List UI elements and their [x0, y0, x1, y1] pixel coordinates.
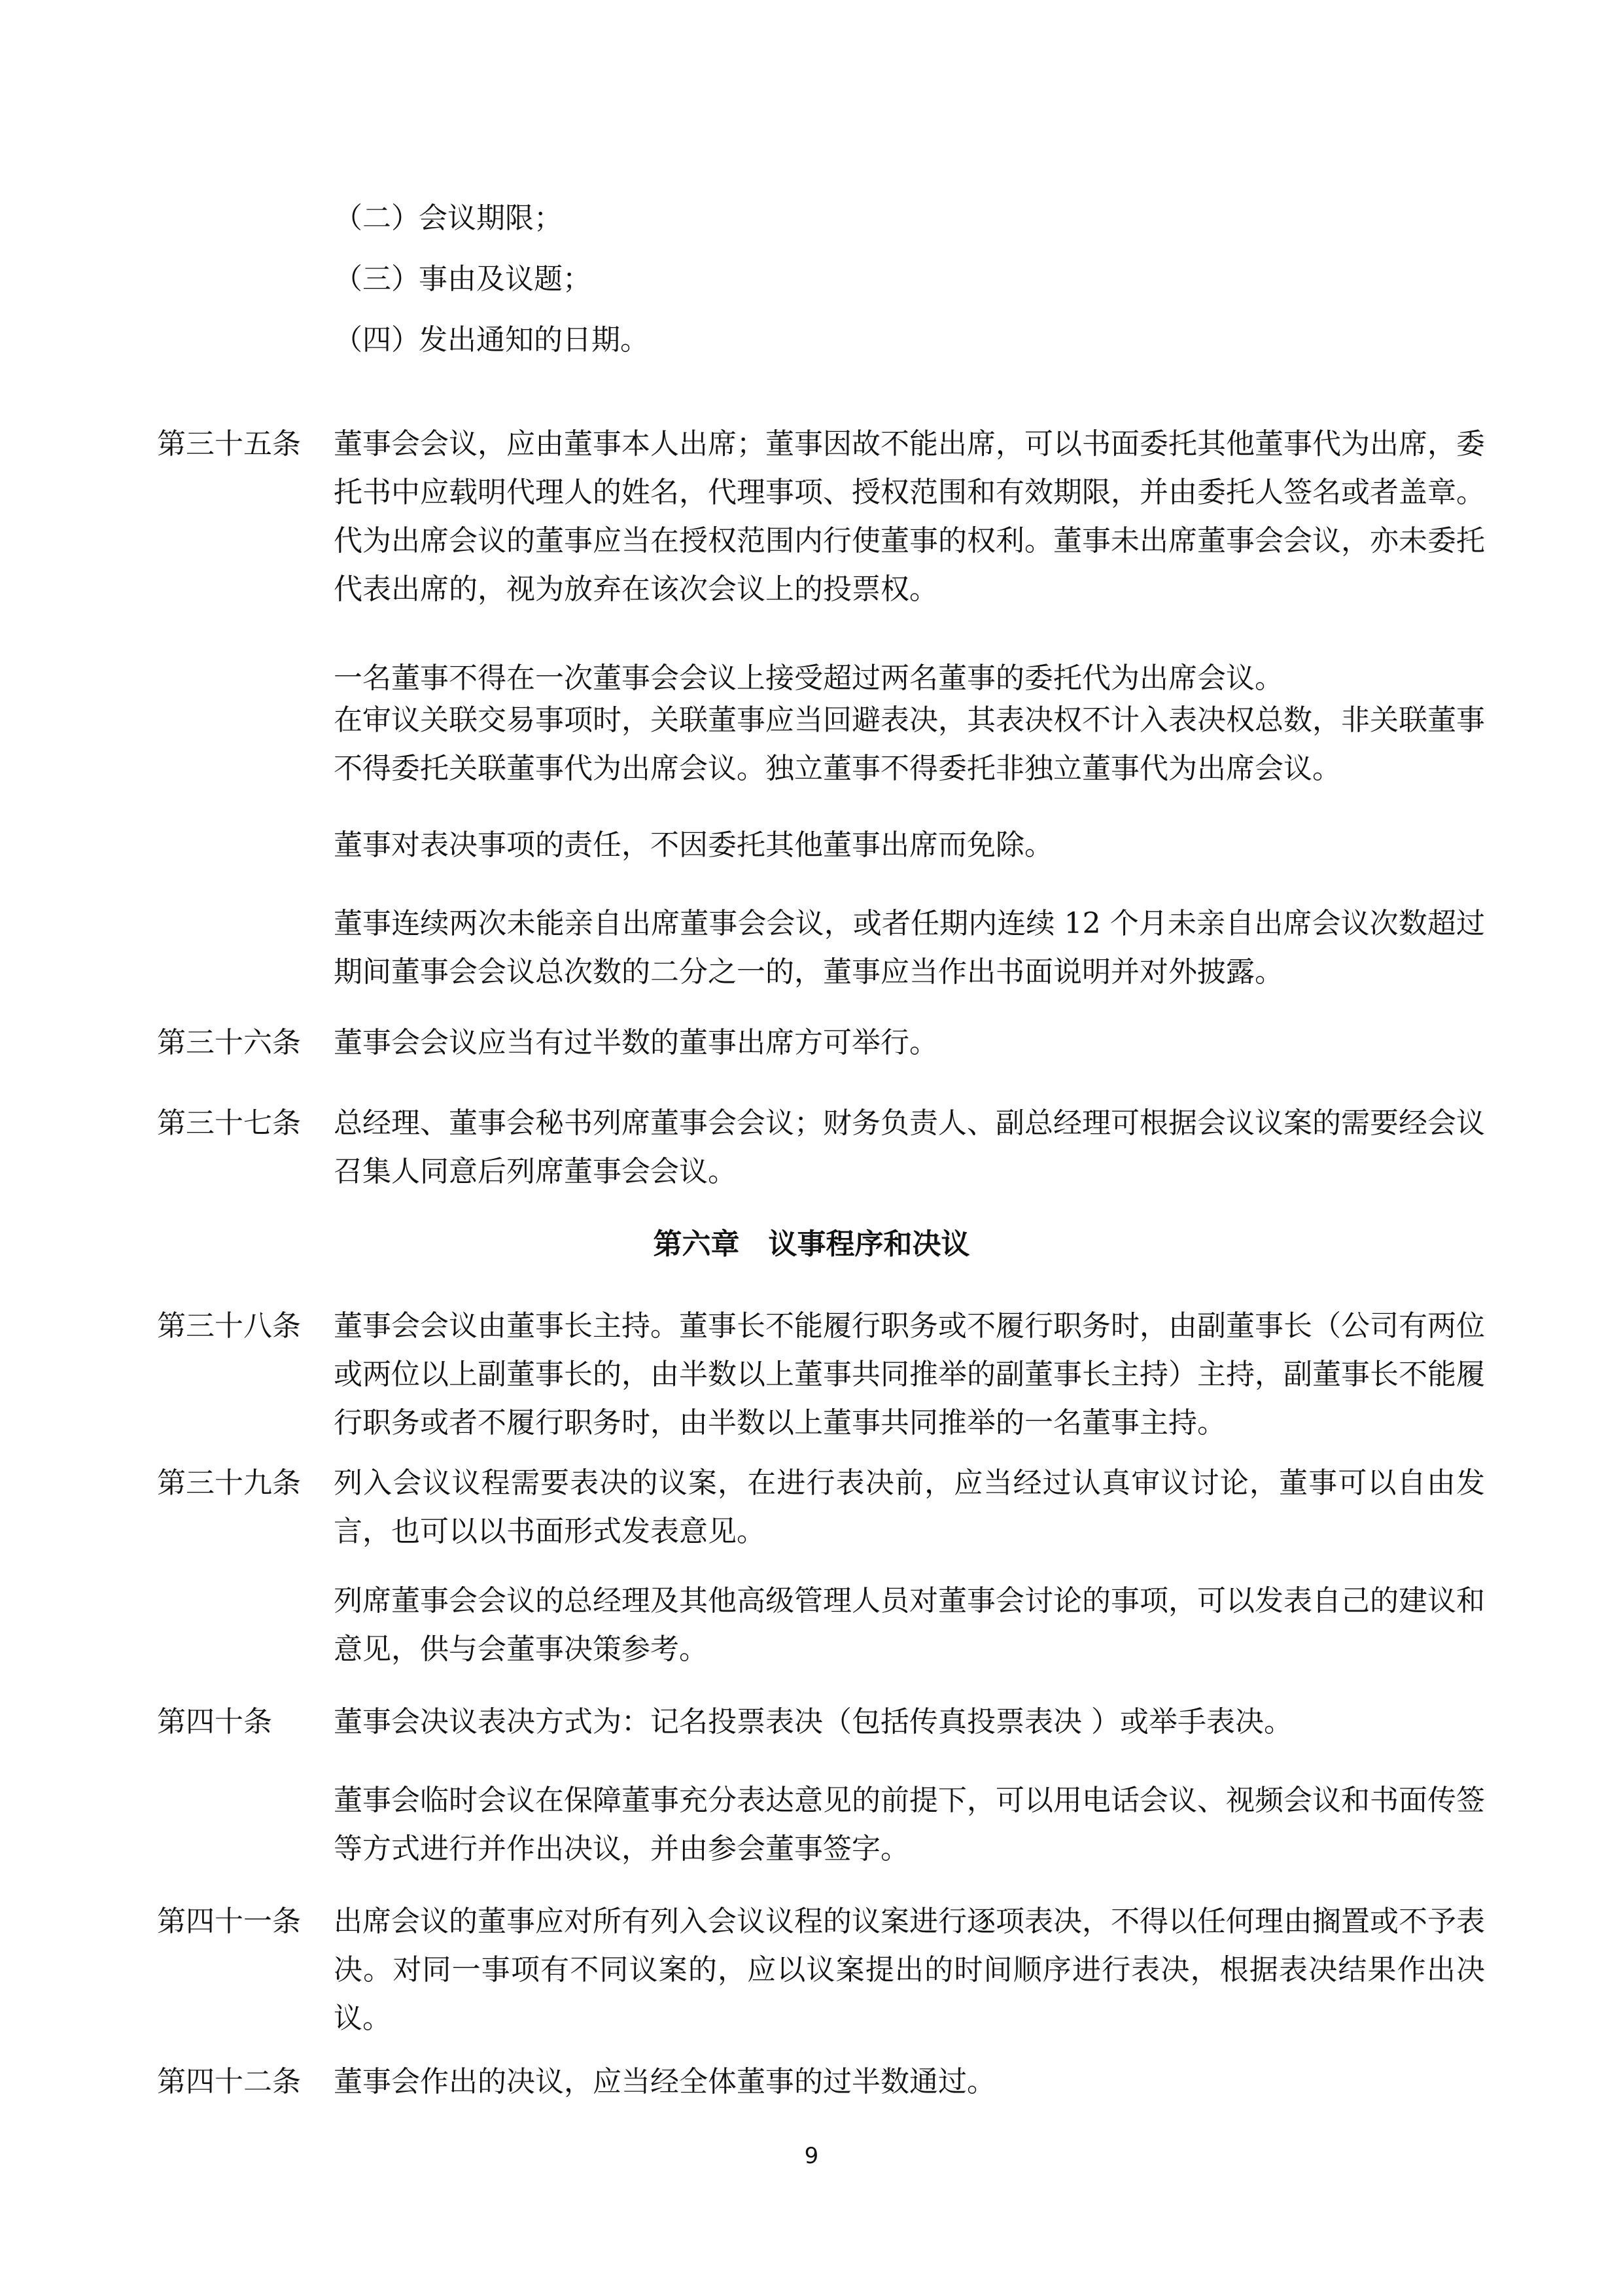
- article-label: 第四十一条: [157, 1899, 301, 1944]
- article-label: 第三十八条: [157, 1304, 301, 1349]
- list-item-text: 会议期限；: [419, 196, 563, 241]
- list-item-text: 事由及议题；: [419, 257, 591, 302]
- list-item-number: （二）: [334, 196, 420, 241]
- article-label: 第三十五条: [157, 422, 301, 467]
- article-paragraph: 董事会决议表决方式为：记名投票表决（包括传真投票表决 ）或举手表决。: [334, 1698, 1485, 1746]
- article-paragraph: 一名董事不得在一次董事会会议上接受超过两名董事的委托代为出席会议。: [334, 654, 1485, 703]
- article-label: 第四十二条: [157, 2060, 301, 2104]
- chapter-heading: 第六章 议事程序和决议: [0, 1222, 1623, 1267]
- article-paragraph: 总经理、董事会秘书列席董事会会议；财务负责人、副总经理可根据会议议案的需要经会议…: [334, 1099, 1485, 1196]
- list-item-number: （四）: [334, 318, 420, 362]
- article-paragraph: 董事连续两次未能亲自出席董事会会议，或者任期内连续 12 个月未亲自出席会议次数…: [334, 900, 1485, 997]
- article-paragraph: 列入会议议程需要表决的议案，在进行表决前，应当经过认真审议讨论，董事可以自由发言…: [334, 1459, 1485, 1556]
- article-paragraph: 在审议关联交易事项时，关联董事应当回避表决，其表决权不计入表决权总数，非关联董事…: [334, 696, 1485, 793]
- article-paragraph: 董事会会议，应由董事本人出席；董事因故不能出席，可以书面委托其他董事代为出席，委…: [334, 420, 1485, 614]
- article-label: 第四十条: [157, 1700, 272, 1744]
- article-paragraph: 列席董事会会议的总经理及其他高级管理人员对董事会讨论的事项，可以发表自己的建议和…: [334, 1577, 1485, 1674]
- document-page: （二） 会议期限； （三） 事由及议题； （四） 发出通知的日期。 第三十五条 …: [0, 0, 1623, 2296]
- article-label: 第三十九条: [157, 1461, 301, 1506]
- list-item-number: （三）: [334, 257, 420, 302]
- article-label: 第三十六条: [157, 1021, 301, 1065]
- article-paragraph: 董事会临时会议在保障董事充分表达意见的前提下，可以用电话会议、视频会议和书面传签…: [334, 1776, 1485, 1873]
- article-paragraph: 董事会会议应当有过半数的董事出席方可举行。: [334, 1019, 1485, 1067]
- page-number: 9: [0, 2143, 1623, 2169]
- list-item-text: 发出通知的日期。: [419, 318, 649, 362]
- article-paragraph: 董事会会议由董事长主持。董事长不能履行职务或不履行职务时，由副董事长（公司有两位…: [334, 1302, 1485, 1447]
- article-paragraph: 董事会作出的决议，应当经全体董事的过半数通过。: [334, 2058, 1485, 2106]
- article-label: 第三十七条: [157, 1101, 301, 1146]
- article-paragraph: 出席会议的董事应对所有列入会议议程的议案进行逐项表决，不得以任何理由搁置或不予表…: [334, 1898, 1485, 2043]
- article-paragraph: 董事对表决事项的责任，不因委托其他董事出席而免除。: [334, 821, 1485, 870]
